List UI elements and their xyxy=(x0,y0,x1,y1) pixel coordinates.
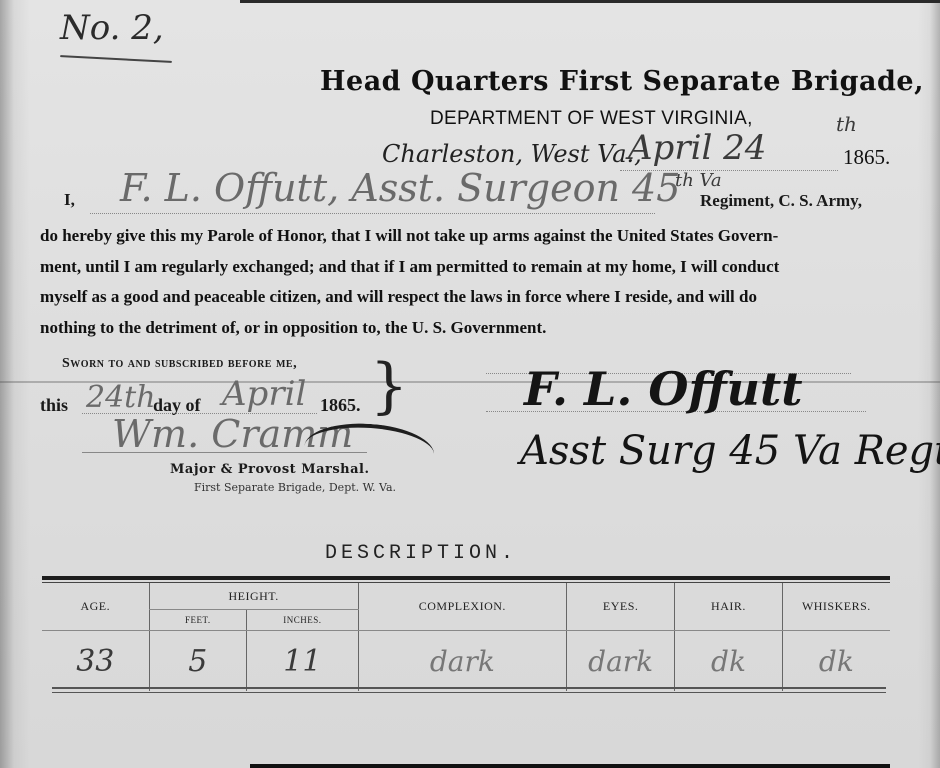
cell-hair: dk xyxy=(675,631,783,692)
description-table: AGE. HEIGHT. COMPLEXION. EYES. HAIR. WHI… xyxy=(42,576,890,691)
oath-this-label: this xyxy=(40,395,68,416)
cell-age: 33 xyxy=(42,631,149,692)
cell-feet: 5 xyxy=(149,631,247,692)
col-age: AGE. xyxy=(42,583,149,631)
parole-line-3: myself as a good and peaceable citizen, … xyxy=(40,282,890,313)
officer-signature-line xyxy=(82,452,367,453)
header-date-handwritten: April 24 xyxy=(628,128,766,168)
description-title: DESCRIPTION. xyxy=(325,542,517,565)
cell-complexion: dark xyxy=(358,631,566,692)
header-title: Head Quarters First Separate Brigade, xyxy=(320,66,924,97)
cell-eyes: dark xyxy=(567,631,675,692)
header-year: 1865. xyxy=(843,145,890,170)
officer-unit: First Separate Brigade, Dept. W. Va. xyxy=(194,481,396,494)
table-row: 33 5 11 dark dark dk dk xyxy=(42,631,890,692)
parole-line-2: ment, until I am regularly exchanged; an… xyxy=(40,252,890,283)
parole-line-1: do hereby give this my Parole of Honor, … xyxy=(40,221,890,252)
col-feet: FEET. xyxy=(149,610,247,631)
scan-edge-bar-bottom xyxy=(250,764,890,768)
parolee-rank-signature: Asst Surg 45 Va Regt xyxy=(520,428,940,474)
officer-title: Major & Provost Marshal. xyxy=(170,462,370,477)
cell-whiskers: dk xyxy=(782,631,890,692)
parole-body: do hereby give this my Parole of Honor, … xyxy=(40,191,890,343)
col-eyes: EYES. xyxy=(567,583,675,631)
oath-month-handwritten: April xyxy=(222,374,306,414)
document-number-underline xyxy=(60,55,172,63)
cell-inches: 11 xyxy=(247,631,359,692)
oath-day-handwritten: 24th xyxy=(86,380,156,415)
sworn-label: Sworn to and subscribed before me, xyxy=(62,356,297,372)
table-bottom-rule xyxy=(52,687,886,693)
document-page: No. 2, Head Quarters First Separate Brig… xyxy=(0,0,940,768)
parole-line-4: nothing to the detriment of, or in oppos… xyxy=(40,313,890,344)
header-date-suffix: th xyxy=(836,112,857,136)
parolee-signature: F. L. Offutt xyxy=(524,362,803,416)
scan-edge-bar xyxy=(240,0,940,3)
col-complexion: COMPLEXION. xyxy=(358,583,566,631)
document-number: No. 2, xyxy=(60,8,164,48)
header-department: DEPARTMENT OF WEST VIRGINIA, xyxy=(430,108,753,130)
description-grid: AGE. HEIGHT. COMPLEXION. EYES. HAIR. WHI… xyxy=(42,583,890,691)
brace-glyph: } xyxy=(370,356,408,416)
col-inches: INCHES. xyxy=(247,610,359,631)
col-hair: HAIR. xyxy=(675,583,783,631)
col-whiskers: WHISKERS. xyxy=(782,583,890,631)
col-height: HEIGHT. xyxy=(149,583,358,610)
table-top-rule xyxy=(42,576,890,580)
parolee-rank-superscript: th Va xyxy=(675,170,722,191)
header-place: Charleston, West Va., xyxy=(382,140,642,168)
